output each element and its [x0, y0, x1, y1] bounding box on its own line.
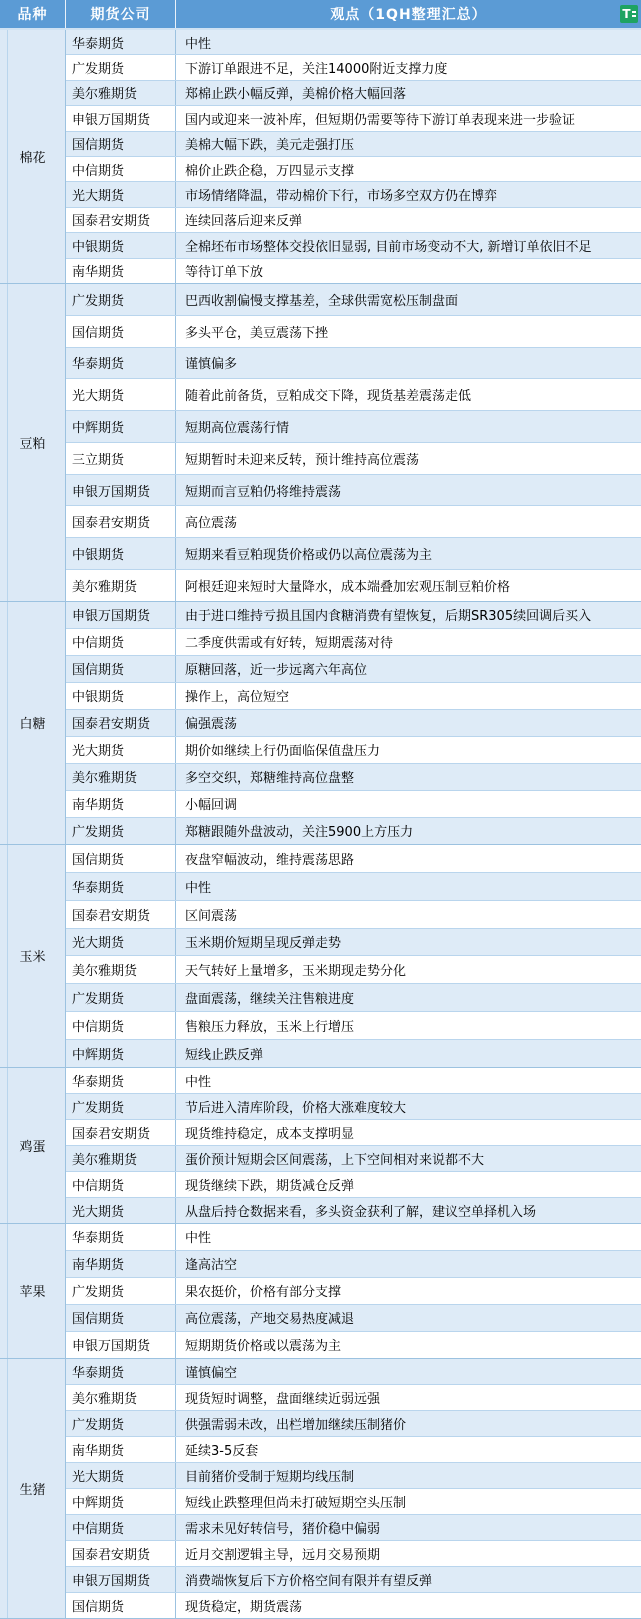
company-cell: 国泰君安期货 [66, 710, 176, 736]
table-row: 光大期货 目前猪价受制于短期均线压制 [66, 1463, 641, 1489]
view-cell: 供强需弱未改，出栏增加继续压制猪价 [176, 1411, 641, 1436]
company-cell: 广发期货 [66, 55, 176, 79]
table-row: 南华期货 逢高沽空 [66, 1251, 641, 1278]
table-row: 华泰期货 谨慎偏多 [66, 348, 641, 380]
table-row: 中信期货 现货继续下跌，期货减仓反弹 [66, 1172, 641, 1198]
company-cell: 中信期货 [66, 1515, 176, 1540]
view-cell: 棉价止跌企稳，万四显示支撑 [176, 157, 641, 181]
company-cell: 申银万国期货 [66, 1567, 176, 1592]
table-row: 国信期货 现货稳定，期货震荡 [66, 1593, 641, 1619]
table-row: 中银期货 全棉坯布市场整体交投依旧显弱, 目前市场变动不大, 新增订单依旧不足 [66, 233, 641, 258]
view-cell: 从盘后持仓数据来看，多头资金获利了解，建议空单择机入场 [176, 1198, 641, 1223]
view-cell: 谨慎偏多 [176, 348, 641, 379]
view-cell: 全棉坯布市场整体交投依旧显弱, 目前市场变动不大, 新增订单依旧不足 [176, 233, 641, 257]
company-cell: 广发期货 [66, 984, 176, 1011]
table-row: 中信期货 棉价止跌企稳，万四显示支撑 [66, 157, 641, 182]
table-row: 中银期货 短期来看豆粕现货价格或仍以高位震荡为主 [66, 538, 641, 570]
table-row: 中辉期货 短线止跌整理但尚未打破短期空头压制 [66, 1489, 641, 1515]
view-cell: 巴西收割偏慢支撑基差，全球供需宽松压制盘面 [176, 284, 641, 315]
view-cell: 高位震荡，产地交易热度减退 [176, 1305, 641, 1331]
table-row: 国泰君安期货 高位震荡 [66, 506, 641, 538]
table-header: 品种 期货公司 观点（1QH整理汇总） T [0, 0, 641, 30]
table-row: 国泰君安期货 偏强震荡 [66, 710, 641, 737]
view-cell: 区间震荡 [176, 901, 641, 928]
table-row: 申银万国期货 短期而言豆粕仍将维持震荡 [66, 475, 641, 507]
view-cell: 短期而言豆粕仍将维持震荡 [176, 475, 641, 506]
view-cell: 消费端恢复后下方价格空间有限并有望反弹 [176, 1567, 641, 1592]
table-row: 国信期货 多头平仓，美豆震荡下挫 [66, 316, 641, 348]
table-row: 广发期货 果农挺价，价格有部分支撑 [66, 1278, 641, 1305]
table-badge-lines-icon [632, 11, 636, 17]
table-row: 申银万国期货 短期期货价格或以震荡为主 [66, 1332, 641, 1359]
company-cell: 国泰君安期货 [66, 506, 176, 537]
company-cell: 华泰期货 [66, 1224, 176, 1250]
table-row: 国信期货 高位震荡，产地交易热度减退 [66, 1305, 641, 1332]
company-cell: 光大期货 [66, 737, 176, 763]
table-row: 美尔雅期货 阿根廷迎来短时大量降水，成本端叠加宏观压制豆粕价格 [66, 570, 641, 602]
company-cell: 中辉期货 [66, 411, 176, 442]
variety-label: 苹果 [19, 1281, 45, 1300]
table-row: 南华期货 等待订单下放 [66, 259, 641, 284]
company-cell: 国信期货 [66, 1593, 176, 1618]
company-cell: 广发期货 [66, 1094, 176, 1119]
view-cell: 连续回落后迎来反弹 [176, 208, 641, 232]
company-cell: 国泰君安期货 [66, 208, 176, 232]
company-cell: 广发期货 [66, 1411, 176, 1436]
view-cell: 中性 [176, 1068, 641, 1093]
variety-cell: 玉米 [0, 845, 66, 1068]
table-row: 国信期货 美棉大幅下跌，美元走强打压 [66, 132, 641, 157]
view-cell: 中性 [176, 30, 641, 54]
company-cell: 中信期货 [66, 629, 176, 655]
header-company: 期货公司 [66, 0, 176, 28]
variety-label: 玉米 [19, 946, 45, 965]
view-cell: 中性 [176, 1224, 641, 1250]
variety-label: 豆粕 [19, 433, 45, 452]
variety-label: 白糖 [19, 713, 45, 732]
company-cell: 申银万国期货 [66, 602, 176, 628]
table-row: 光大期货 玉米期价短期呈现反弹走势 [66, 929, 641, 957]
company-cell: 光大期货 [66, 379, 176, 410]
table-row: 南华期货 延续3-5反套 [66, 1437, 641, 1463]
view-cell: 短线止跌反弹 [176, 1040, 641, 1067]
commodity-section-苹果: 苹果 华泰期货 中性 南华期货 逢高沽空 广发期货 果农挺价，价格有部分支撑 国… [0, 1224, 641, 1359]
company-cell: 国信期货 [66, 1305, 176, 1331]
view-cell: 市场情绪降温，带动棉价下行，市场多空双方仍在博弈 [176, 182, 641, 206]
view-cell: 短期来看豆粕现货价格或仍以高位震荡为主 [176, 538, 641, 569]
table-row: 美尔雅期货 多空交织，郑糖维持高位盘整 [66, 764, 641, 791]
company-cell: 南华期货 [66, 1437, 176, 1462]
company-cell: 美尔雅期货 [66, 1146, 176, 1171]
table-row: 国泰君安期货 现货维持稳定，成本支撑明显 [66, 1120, 641, 1146]
company-cell: 国泰君安期货 [66, 1120, 176, 1145]
table-row: 中信期货 二季度供需或有好转，短期震荡对待 [66, 629, 641, 656]
futures-views-table: 品种 期货公司 观点（1QH整理汇总） T 棉花 华泰期货 中性 广发期货 下游… [0, 0, 641, 1619]
table-row: 华泰期货 中性 [66, 1068, 641, 1094]
table-row: 华泰期货 中性 [66, 30, 641, 55]
company-cell: 美尔雅期货 [66, 764, 176, 790]
variety-label: 生猪 [19, 1479, 45, 1498]
company-cell: 中信期货 [66, 157, 176, 181]
table-row: 美尔雅期货 天气转好上量增多，玉米期现走势分化 [66, 956, 641, 984]
commodity-section-鸡蛋: 鸡蛋 华泰期货 中性 广发期货 节后进入清库阶段，价格大涨难度较大 国泰君安期货… [0, 1068, 641, 1224]
variety-cell: 白糖 [0, 602, 66, 845]
view-cell: 小幅回调 [176, 791, 641, 817]
company-cell: 光大期货 [66, 929, 176, 956]
table-row: 国信期货 原糖回落，近一步远离六年高位 [66, 656, 641, 683]
table-body: 棉花 华泰期货 中性 广发期货 下游订单跟进不足，关注14000附近支撑力度 美… [0, 30, 641, 1619]
view-cell: 美棉大幅下跌，美元走强打压 [176, 132, 641, 156]
table-row: 广发期货 下游订单跟进不足，关注14000附近支撑力度 [66, 55, 641, 80]
view-cell: 夜盘窄幅波动，维持震荡思路 [176, 845, 641, 872]
company-cell: 中银期货 [66, 683, 176, 709]
view-cell: 由于进口维持亏损且国内食糖消费有望恢复，后期SR305续回调后买入 [176, 602, 641, 628]
table-row: 申银万国期货 消费端恢复后下方价格空间有限并有望反弹 [66, 1567, 641, 1593]
view-cell: 现货稳定，期货震荡 [176, 1593, 641, 1618]
table-row: 中辉期货 短期高位震荡行情 [66, 411, 641, 443]
company-cell: 国泰君安期货 [66, 901, 176, 928]
view-cell: 期价如继续上行仍面临保值盘压力 [176, 737, 641, 763]
table-row: 华泰期货 谨慎偏空 [66, 1359, 641, 1385]
view-cell: 蛋价预计短期会区间震荡，上下空间相对来说都不大 [176, 1146, 641, 1171]
table-row: 光大期货 市场情绪降温，带动棉价下行，市场多空双方仍在博弈 [66, 182, 641, 207]
table-row: 广发期货 供强需弱未改，出栏增加继续压制猪价 [66, 1411, 641, 1437]
table-row: 美尔雅期货 现货短时调整，盘面继续近弱远强 [66, 1385, 641, 1411]
company-cell: 华泰期货 [66, 1068, 176, 1093]
view-cell: 近月交割逻辑主导，远月交易预期 [176, 1541, 641, 1566]
section-rows: 广发期货 巴西收割偏慢支撑基差，全球供需宽松压制盘面 国信期货 多头平仓，美豆震… [66, 284, 641, 602]
table-row: 中信期货 需求未见好转信号，猪价稳中偏弱 [66, 1515, 641, 1541]
variety-label: 棉花 [19, 147, 45, 166]
table-row: 光大期货 随着此前备货，豆粕成交下降，现货基差震荡走低 [66, 379, 641, 411]
company-cell: 申银万国期货 [66, 475, 176, 506]
company-cell: 光大期货 [66, 1463, 176, 1488]
company-cell: 华泰期货 [66, 1359, 176, 1384]
company-cell: 光大期货 [66, 182, 176, 206]
table-row: 申银万国期货 国内或迎来一波补库，但短期仍需要等待下游订单表现来进一步验证 [66, 106, 641, 131]
view-cell: 现货维持稳定，成本支撑明显 [176, 1120, 641, 1145]
company-cell: 南华期货 [66, 791, 176, 817]
commodity-section-玉米: 玉米 国信期货 夜盘窄幅波动，维持震荡思路 华泰期货 中性 国泰君安期货 区间震… [0, 845, 641, 1068]
view-cell: 二季度供需或有好转，短期震荡对待 [176, 629, 641, 655]
company-cell: 南华期货 [66, 259, 176, 283]
table-badge-icon[interactable]: T [620, 5, 638, 23]
view-cell: 逢高沽空 [176, 1251, 641, 1277]
company-cell: 国信期货 [66, 132, 176, 156]
commodity-section-白糖: 白糖 申银万国期货 由于进口维持亏损且国内食糖消费有望恢复，后期SR305续回调… [0, 602, 641, 845]
company-cell: 美尔雅期货 [66, 570, 176, 601]
variety-label: 鸡蛋 [19, 1136, 45, 1155]
commodity-section-棉花: 棉花 华泰期货 中性 广发期货 下游订单跟进不足，关注14000附近支撑力度 美… [0, 30, 641, 284]
company-cell: 国泰君安期货 [66, 1541, 176, 1566]
company-cell: 广发期货 [66, 818, 176, 844]
table-row: 中信期货 售粮压力释放，玉米上行增压 [66, 1012, 641, 1040]
view-cell: 天气转好上量增多，玉米期现走势分化 [176, 956, 641, 983]
view-cell: 国内或迎来一波补库，但短期仍需要等待下游订单表现来进一步验证 [176, 106, 641, 130]
section-rows: 华泰期货 中性 广发期货 下游订单跟进不足，关注14000附近支撑力度 美尔雅期… [66, 30, 641, 284]
table-row: 广发期货 郑糖跟随外盘波动，关注5900上方压力 [66, 818, 641, 845]
table-row: 国泰君安期货 区间震荡 [66, 901, 641, 929]
view-cell: 目前猪价受制于短期均线压制 [176, 1463, 641, 1488]
view-cell: 延续3-5反套 [176, 1437, 641, 1462]
view-cell: 中性 [176, 873, 641, 900]
view-cell: 下游订单跟进不足，关注14000附近支撑力度 [176, 55, 641, 79]
table-row: 华泰期货 中性 [66, 873, 641, 901]
section-rows: 华泰期货 中性 南华期货 逢高沽空 广发期货 果农挺价，价格有部分支撑 国信期货… [66, 1224, 641, 1359]
company-cell: 国信期货 [66, 316, 176, 347]
view-cell: 原糖回落，近一步远离六年高位 [176, 656, 641, 682]
section-rows: 国信期货 夜盘窄幅波动，维持震荡思路 华泰期货 中性 国泰君安期货 区间震荡 光… [66, 845, 641, 1068]
view-cell: 郑棉止跌小幅反弹，美棉价格大幅回落 [176, 81, 641, 105]
view-cell: 多头平仓，美豆震荡下挫 [176, 316, 641, 347]
view-cell: 售粮压力释放，玉米上行增压 [176, 1012, 641, 1039]
company-cell: 三立期货 [66, 443, 176, 474]
variety-cell: 鸡蛋 [0, 1068, 66, 1224]
table-badge-letter: T [622, 8, 630, 20]
view-cell: 盘面震荡，继续关注售粮进度 [176, 984, 641, 1011]
company-cell: 中银期货 [66, 538, 176, 569]
commodity-section-豆粕: 豆粕 广发期货 巴西收割偏慢支撑基差，全球供需宽松压制盘面 国信期货 多头平仓，… [0, 284, 641, 602]
table-row: 三立期货 短期暂时未迎来反转，预计维持高位震荡 [66, 443, 641, 475]
company-cell: 国信期货 [66, 656, 176, 682]
company-cell: 国信期货 [66, 845, 176, 872]
table-row: 光大期货 从盘后持仓数据来看，多头资金获利了解，建议空单择机入场 [66, 1198, 641, 1224]
commodity-section-生猪: 生猪 华泰期货 谨慎偏空 美尔雅期货 现货短时调整，盘面继续近弱远强 广发期货 … [0, 1359, 641, 1619]
table-row: 中银期货 操作上，高位短空 [66, 683, 641, 710]
view-cell: 多空交织，郑糖维持高位盘整 [176, 764, 641, 790]
view-cell: 短期高位震荡行情 [176, 411, 641, 442]
table-row: 广发期货 节后进入清库阶段，价格大涨难度较大 [66, 1094, 641, 1120]
table-row: 美尔雅期货 郑棉止跌小幅反弹，美棉价格大幅回落 [66, 81, 641, 106]
company-cell: 广发期货 [66, 284, 176, 315]
table-row: 美尔雅期货 蛋价预计短期会区间震荡，上下空间相对来说都不大 [66, 1146, 641, 1172]
view-cell: 郑糖跟随外盘波动，关注5900上方压力 [176, 818, 641, 844]
view-cell: 需求未见好转信号，猪价稳中偏弱 [176, 1515, 641, 1540]
section-rows: 华泰期货 谨慎偏空 美尔雅期货 现货短时调整，盘面继续近弱远强 广发期货 供强需… [66, 1359, 641, 1619]
header-views: 观点（1QH整理汇总） [176, 0, 641, 28]
variety-cell: 生猪 [0, 1359, 66, 1619]
company-cell: 中信期货 [66, 1172, 176, 1197]
view-cell: 短期暂时未迎来反转，预计维持高位震荡 [176, 443, 641, 474]
section-rows: 华泰期货 中性 广发期货 节后进入清库阶段，价格大涨难度较大 国泰君安期货 现货… [66, 1068, 641, 1224]
table-row: 华泰期货 中性 [66, 1224, 641, 1251]
company-cell: 申银万国期货 [66, 1332, 176, 1358]
view-cell: 玉米期价短期呈现反弹走势 [176, 929, 641, 956]
variety-cell: 苹果 [0, 1224, 66, 1359]
company-cell: 中辉期货 [66, 1040, 176, 1067]
view-cell: 阿根廷迎来短时大量降水，成本端叠加宏观压制豆粕价格 [176, 570, 641, 601]
view-cell: 高位震荡 [176, 506, 641, 537]
table-row: 申银万国期货 由于进口维持亏损且国内食糖消费有望恢复，后期SR305续回调后买入 [66, 602, 641, 629]
view-cell: 谨慎偏空 [176, 1359, 641, 1384]
table-row: 广发期货 盘面震荡，继续关注售粮进度 [66, 984, 641, 1012]
view-cell: 偏强震荡 [176, 710, 641, 736]
view-cell: 随着此前备货，豆粕成交下降，现货基差震荡走低 [176, 379, 641, 410]
view-cell: 短期期货价格或以震荡为主 [176, 1332, 641, 1358]
table-row: 中辉期货 短线止跌反弹 [66, 1040, 641, 1068]
company-cell: 华泰期货 [66, 30, 176, 54]
table-row: 南华期货 小幅回调 [66, 791, 641, 818]
header-variety: 品种 [0, 0, 66, 28]
variety-cell: 豆粕 [0, 284, 66, 602]
company-cell: 南华期货 [66, 1251, 176, 1277]
variety-cell: 棉花 [0, 30, 66, 284]
company-cell: 华泰期货 [66, 348, 176, 379]
company-cell: 华泰期货 [66, 873, 176, 900]
company-cell: 中信期货 [66, 1012, 176, 1039]
table-row: 光大期货 期价如继续上行仍面临保值盘压力 [66, 737, 641, 764]
view-cell: 等待订单下放 [176, 259, 641, 283]
view-cell: 节后进入清库阶段，价格大涨难度较大 [176, 1094, 641, 1119]
table-row: 广发期货 巴西收割偏慢支撑基差，全球供需宽松压制盘面 [66, 284, 641, 316]
view-cell: 短线止跌整理但尚未打破短期空头压制 [176, 1489, 641, 1514]
company-cell: 广发期货 [66, 1278, 176, 1304]
company-cell: 美尔雅期货 [66, 956, 176, 983]
view-cell: 操作上，高位短空 [176, 683, 641, 709]
view-cell: 现货短时调整，盘面继续近弱远强 [176, 1385, 641, 1410]
company-cell: 中银期货 [66, 233, 176, 257]
table-row: 国泰君安期货 连续回落后迎来反弹 [66, 208, 641, 233]
company-cell: 申银万国期货 [66, 106, 176, 130]
section-rows: 申银万国期货 由于进口维持亏损且国内食糖消费有望恢复，后期SR305续回调后买入… [66, 602, 641, 845]
company-cell: 光大期货 [66, 1198, 176, 1223]
table-row: 国信期货 夜盘窄幅波动，维持震荡思路 [66, 845, 641, 873]
company-cell: 中辉期货 [66, 1489, 176, 1514]
view-cell: 现货继续下跌，期货减仓反弹 [176, 1172, 641, 1197]
company-cell: 美尔雅期货 [66, 1385, 176, 1410]
company-cell: 美尔雅期货 [66, 81, 176, 105]
view-cell: 果农挺价，价格有部分支撑 [176, 1278, 641, 1304]
table-row: 国泰君安期货 近月交割逻辑主导，远月交易预期 [66, 1541, 641, 1567]
